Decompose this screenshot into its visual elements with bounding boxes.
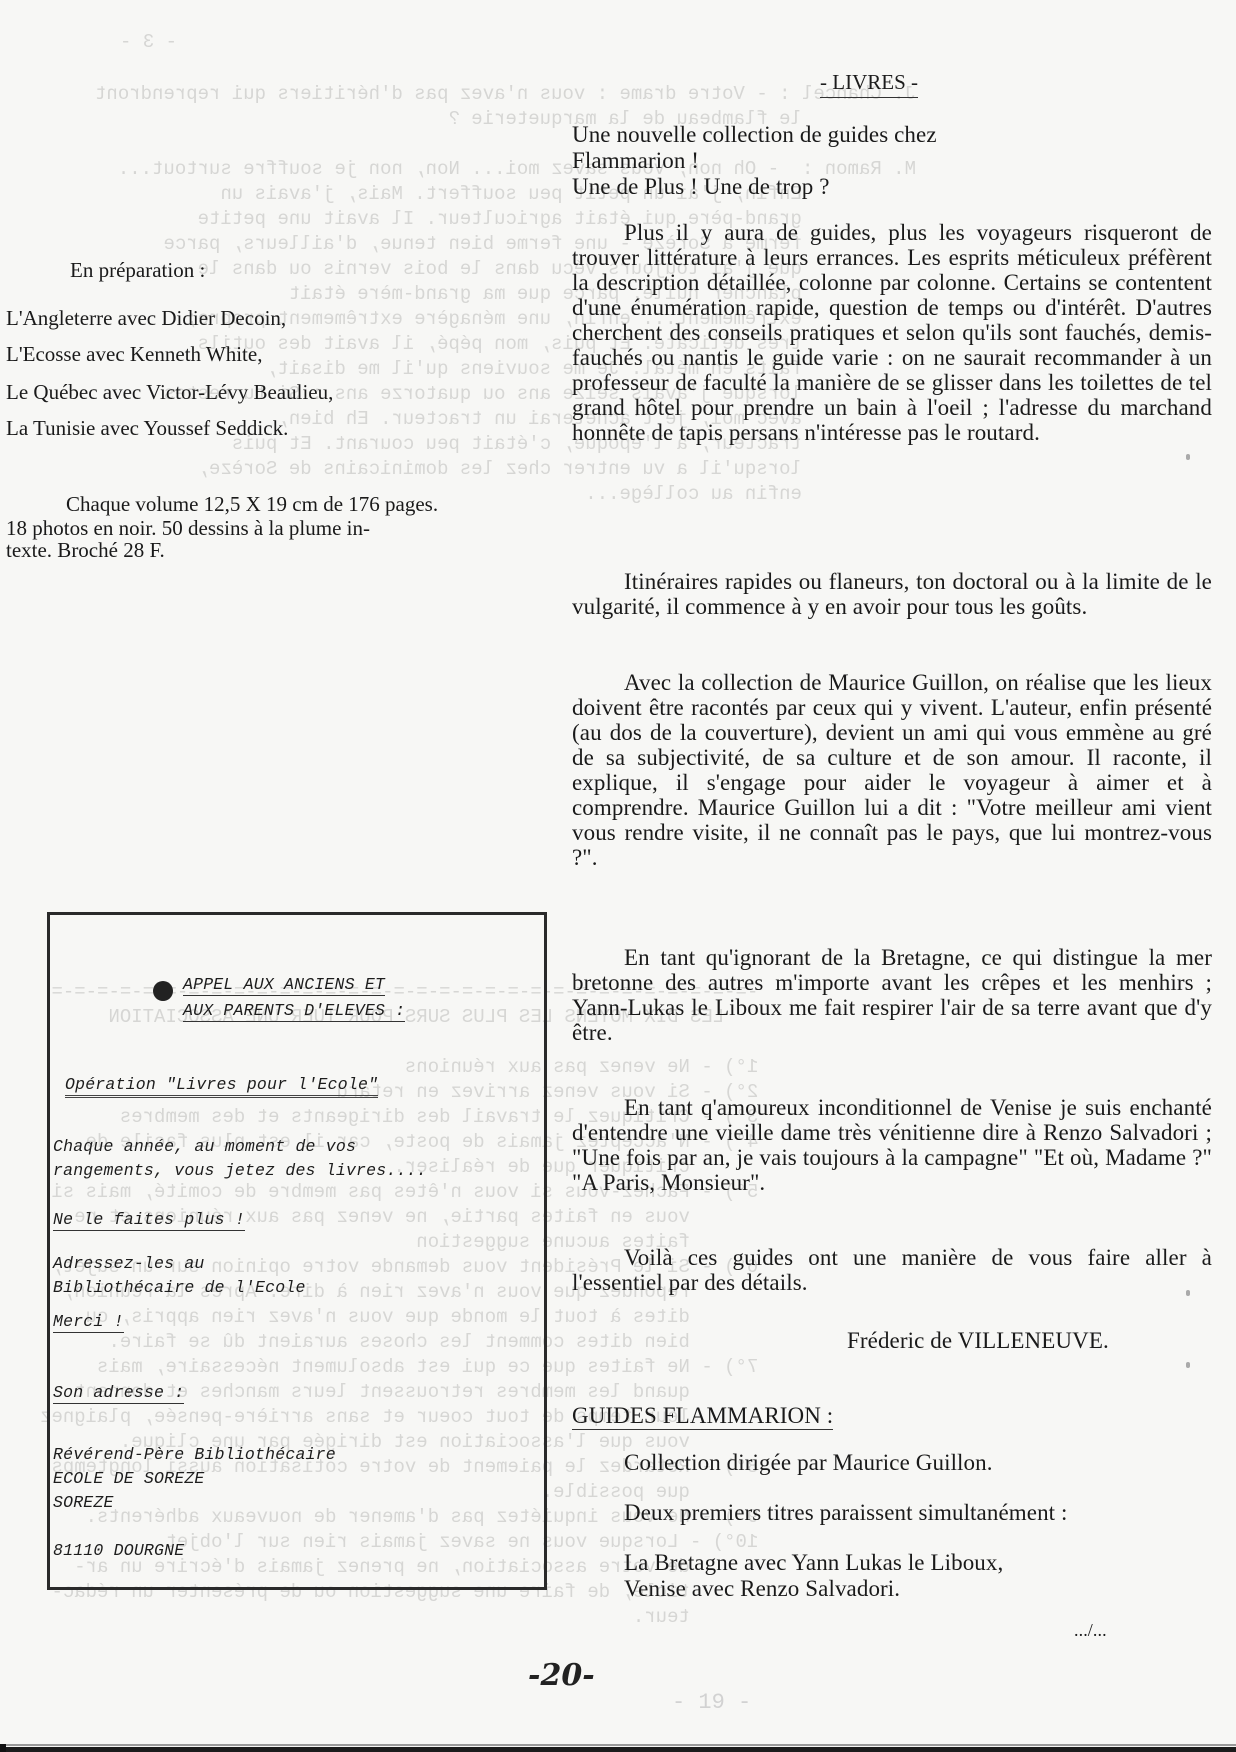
guides-heading-text: GUIDES FLAMMARION : xyxy=(572,1403,833,1430)
operation-heading-text: Opération "Livres pour l'Ecole" xyxy=(65,1075,378,1098)
specs-line: Chaque volume 12,5 X 19 cm de 176 pages. xyxy=(66,492,438,517)
show-through-page-number-bottom: - 19 - xyxy=(672,1690,751,1715)
section-title: - LIVRES - xyxy=(820,70,918,98)
page-number: -20- xyxy=(528,1658,595,1693)
operation-heading: Opération "Livres pour l'Ecole" xyxy=(65,1075,378,1094)
titles-intro: Deux premiers titres paraissent simultan… xyxy=(624,1500,1068,1525)
scan-left-edge xyxy=(0,1744,6,1752)
article-paragraph: En tant qu'ignorant de la Bretagne, ce q… xyxy=(572,945,1212,1045)
upcoming-title: L'Angleterre avec Didier Decoin, xyxy=(6,306,286,331)
article-paragraph: En tant q'amoureux inconditionnel de Ven… xyxy=(572,1095,1212,1195)
article-signature: Fréderic de VILLENEUVE. xyxy=(847,1328,1109,1353)
upcoming-title: L'Ecosse avec Kenneth White, xyxy=(6,342,262,367)
notice-address-to: Adressez-les au xyxy=(53,1254,205,1273)
article-intro-line: Une nouvelle collection de guides chez xyxy=(572,122,1212,147)
title-item: Venise avec Renzo Salvadori. xyxy=(624,1576,900,1601)
address-line: SOREZE xyxy=(53,1493,114,1512)
document-page: J. Chancel : - Votre drame : vous n'avez… xyxy=(0,0,1236,1752)
address-line: ECOLE DE SOREZE xyxy=(53,1469,205,1488)
notice-title-line: AUX PARENTS D'ELEVES : xyxy=(183,1001,405,1020)
collection-line: Collection dirigée par Maurice Guillon. xyxy=(624,1450,993,1475)
article-intro-line: Une de Plus ! Une de trop ? xyxy=(572,174,1212,199)
article-paragraph: Voilà ces guides ont une manière de vous… xyxy=(572,1245,1212,1295)
guides-heading: GUIDES FLAMMARION : xyxy=(572,1403,833,1428)
upcoming-title: La Tunisie avec Youssef Seddick. xyxy=(6,416,288,441)
continued-marker: .../... xyxy=(1074,1618,1107,1643)
article-paragraph: Avec la collection de Maurice Guillon, o… xyxy=(572,670,1212,870)
article-intro-line: Flammarion ! xyxy=(572,148,1212,173)
notice-call-text: Ne le faites plus ! xyxy=(53,1210,245,1231)
scan-speck xyxy=(1186,1290,1190,1296)
notice-thanks-text: Merci ! xyxy=(53,1312,124,1333)
scan-bottom-edge xyxy=(0,1747,1236,1752)
notice-body-line: rangements, vous jetez des livres.... xyxy=(53,1161,427,1180)
notice-box: APPEL AUX ANCIENS ET AUX PARENTS D'ELEVE… xyxy=(47,912,547,1590)
address-line: 81110 DOURGNE xyxy=(53,1541,184,1560)
notice-title-text: APPEL AUX ANCIENS ET xyxy=(183,975,385,996)
address-label-text: Son adresse : xyxy=(53,1383,184,1404)
article-paragraph: Plus il y aura de guides, plus les voyag… xyxy=(572,220,1212,445)
scan-speck xyxy=(1186,1362,1190,1368)
notice-thanks: Merci ! xyxy=(53,1312,124,1331)
article-paragraph: Itinéraires rapides ou flaneurs, ton doc… xyxy=(572,569,1212,619)
notice-address-to: Bibliothécaire de l'Ecole xyxy=(53,1278,306,1297)
specs-line: texte. Broché 28 F. xyxy=(6,538,165,563)
scan-speck xyxy=(1186,454,1190,460)
notice-title-text: AUX PARENTS D'ELEVES : xyxy=(183,1001,405,1022)
upcoming-title: Le Québec avec Victor-Lévy Beaulieu, xyxy=(6,380,333,405)
notice-call: Ne le faites plus ! xyxy=(53,1210,245,1229)
bullet-icon xyxy=(153,981,173,1001)
preparation-heading: En préparation : xyxy=(70,258,205,283)
title-item: La Bretagne avec Yann Lukas le Liboux, xyxy=(624,1550,1003,1575)
notice-body-line: Chaque année, au moment de vos xyxy=(53,1137,356,1156)
show-through-page-number: - 3 - xyxy=(120,30,177,55)
scan-bottom-rule xyxy=(0,1744,1236,1746)
notice-title-line: APPEL AUX ANCIENS ET xyxy=(183,975,385,994)
address-line: Révérend-Père Bibliothécaire xyxy=(53,1445,336,1464)
address-label: Son adresse : xyxy=(53,1383,184,1402)
